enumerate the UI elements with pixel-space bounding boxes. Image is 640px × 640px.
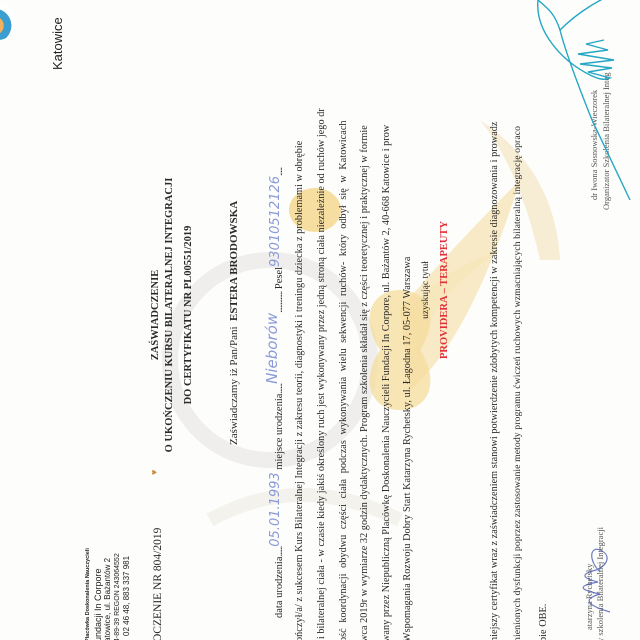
pesel-value: 93010512126 [268, 176, 283, 267]
body-line: Wspomagania Rozwoju Dobry Start Katarzyn… [402, 257, 413, 640]
org-address-block: Placówka Doskonalenia Nauczycieli undacj… [84, 548, 132, 640]
body-line: ość koordynacji obydwu części ciała podc… [338, 120, 349, 640]
closing-line: niejszy certyfikat wraz z zaświadczeniem… [489, 122, 500, 640]
signature-right [520, 0, 640, 230]
birth-place-value: Nieborów [263, 313, 281, 384]
recipient-name: ESTERA BRODOWSKA [228, 201, 240, 321]
certificate-number: DO CERTYFIKATU NR PL00551/2019 [183, 150, 194, 480]
body-line: wany przez Niepubliczną Placówkę Doskona… [381, 125, 392, 640]
closing-line: bie OBE. [538, 604, 549, 640]
birth-date-label: data urodzenia [274, 556, 285, 618]
certificate-title: ZAŚWIADCZENIE [150, 150, 161, 480]
header-city: Katowice [50, 17, 65, 70]
pesel-label: Pesel [274, 267, 285, 289]
org-line: undacji In Corpore [94, 548, 104, 640]
signature-left [570, 540, 620, 620]
certificate-scan: Katowice Placówka Doskonalenia Nauczycie… [0, 0, 640, 640]
personal-data-line: data urodzenia......05.01.1993 miejsce u… [268, 168, 286, 618]
body-line: wca 2019r w wymiarze 32 godzin dydaktycz… [359, 125, 370, 640]
body-line: ończył/a/ z sukcesem Kurs Bilateralnej I… [294, 141, 305, 640]
org-line: 02 46 48, 883 337 981 [122, 548, 132, 640]
award-obtaining: uzyskując tytuł [421, 240, 431, 340]
birth-date-value: 05.01.1993 [268, 472, 283, 546]
recipient-intro: Zaświadczamy iż Pan/Pani [228, 326, 240, 445]
award-title: PROVIDERA – TERAPEUTY [439, 200, 450, 380]
org-line: 4-89-39 REGON 243064552 [113, 548, 123, 640]
certificate-subtitle: O UKOŃCZENIU KURSU BILATERALNEJ INTEGRAC… [164, 150, 175, 480]
birth-place-label: miejsce urodzenia [274, 394, 285, 470]
recipient-line: Zaświadczamy iż Pan/Pani ESTERA BRODOWSK… [228, 201, 240, 445]
logo-icon [0, 4, 16, 40]
org-line: atowice, ul. Bażantów 2 [103, 548, 113, 640]
reference-number: OCZENIE NR 804/2019 [152, 528, 164, 640]
body-line: ji bilateralnej ciała - w czasie kiedy j… [316, 108, 327, 640]
